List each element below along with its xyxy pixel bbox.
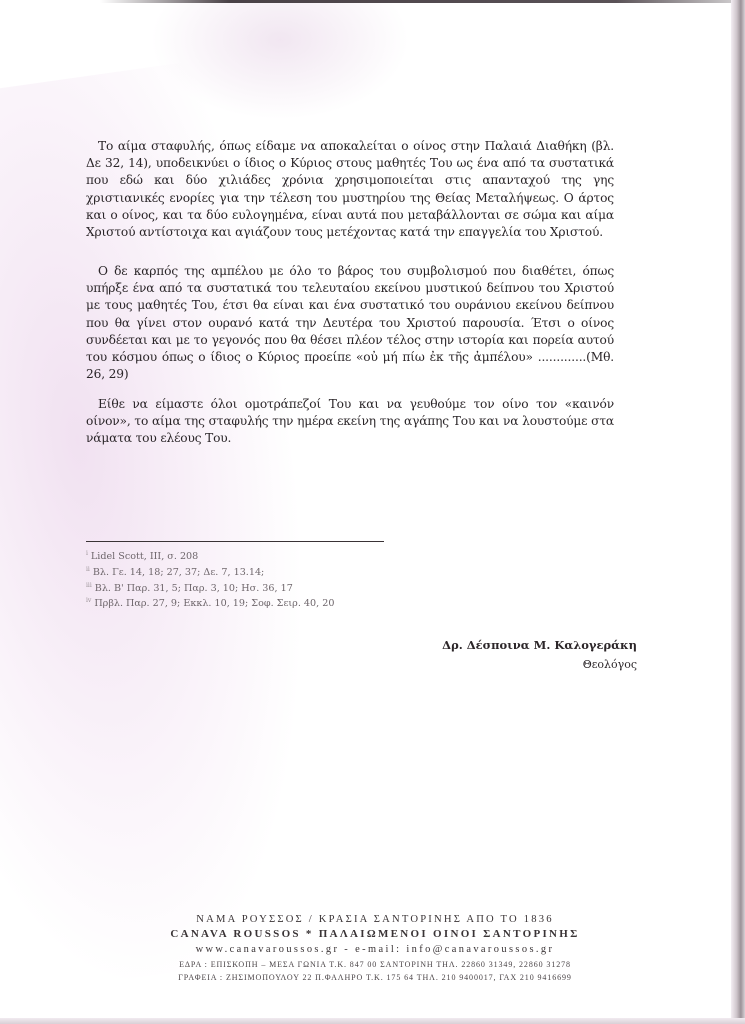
paragraph-1: Το αίμα σταφυλής, όπως είδαμε να αποκαλε… bbox=[86, 138, 614, 241]
page-right-edge bbox=[731, 0, 745, 1024]
letterhead-line-contact: www.canavaroussos.gr - e-mail: info@cana… bbox=[100, 942, 650, 958]
letterhead-line-brand: ΝΑΜΑ ΡΟΥΣΣΟΣ / ΚΡΑΣΙΑ ΣΑΝΤΟΡΙΝΗΣ ΑΠΟ ΤΟ … bbox=[100, 913, 650, 927]
letterhead-footer: ΝΑΜΑ ΡΟΥΣΣΟΣ / ΚΡΑΣΙΑ ΣΑΝΤΟΡΙΝΗΣ ΑΠΟ ΤΟ … bbox=[100, 913, 650, 984]
letterhead-line-title: CANAVA ROUSSOS * ΠΑΛΑΙΩΜΕΝΟΙ ΟΙΝΟΙ ΣΑΝΤΟ… bbox=[100, 927, 650, 942]
scan-smudge bbox=[150, 0, 410, 120]
page-top-edge bbox=[100, 0, 745, 3]
author-role: Θεολόγος bbox=[442, 655, 637, 674]
paragraph-3: Είθε να είμαστε όλοι ομοτράπεζοί Του και… bbox=[86, 396, 614, 448]
letterhead-line-address: ΕΔΡΑ : ΕΠΙΣΚΟΠΗ – ΜΕΣΑ ΓΩΝΙΑ Τ.Κ. 847 00… bbox=[100, 958, 650, 971]
footnote-3: iiiΒλ. Β' Παρ. 31, 5; Παρ. 3, 10; Ησ. 36… bbox=[86, 580, 406, 596]
paragraph-2: Ο δε καρπός της αμπέλου με όλο το βάρος … bbox=[86, 263, 614, 383]
letterhead-line-offices: ΓΡΑΦΕΙΑ : ΖΗΣΙΜΟΠΟΥΛΟΥ 22 Π.ΦΑΛΗΡΟ Τ.Κ. … bbox=[100, 971, 650, 984]
footnote-2: iiΒλ. Γε. 14, 18; 27, 37; Δε. 7, 13.14; bbox=[86, 564, 406, 580]
footnote-4: ivΠρβλ. Παρ. 27, 9; Εκκλ. 10, 19; Σοφ. Σ… bbox=[86, 595, 406, 611]
page-bottom-edge bbox=[0, 1018, 745, 1024]
footnote-divider bbox=[86, 541, 384, 542]
signature-block: Δρ. Δέσποινα Μ. Καλογεράκη Θεολόγος bbox=[442, 636, 637, 674]
author-name: Δρ. Δέσποινα Μ. Καλογεράκη bbox=[442, 636, 637, 655]
footnote-1: iLidel Scott, III, σ. 208 bbox=[86, 548, 406, 564]
footnotes: iLidel Scott, III, σ. 208 iiΒλ. Γε. 14, … bbox=[86, 548, 406, 611]
